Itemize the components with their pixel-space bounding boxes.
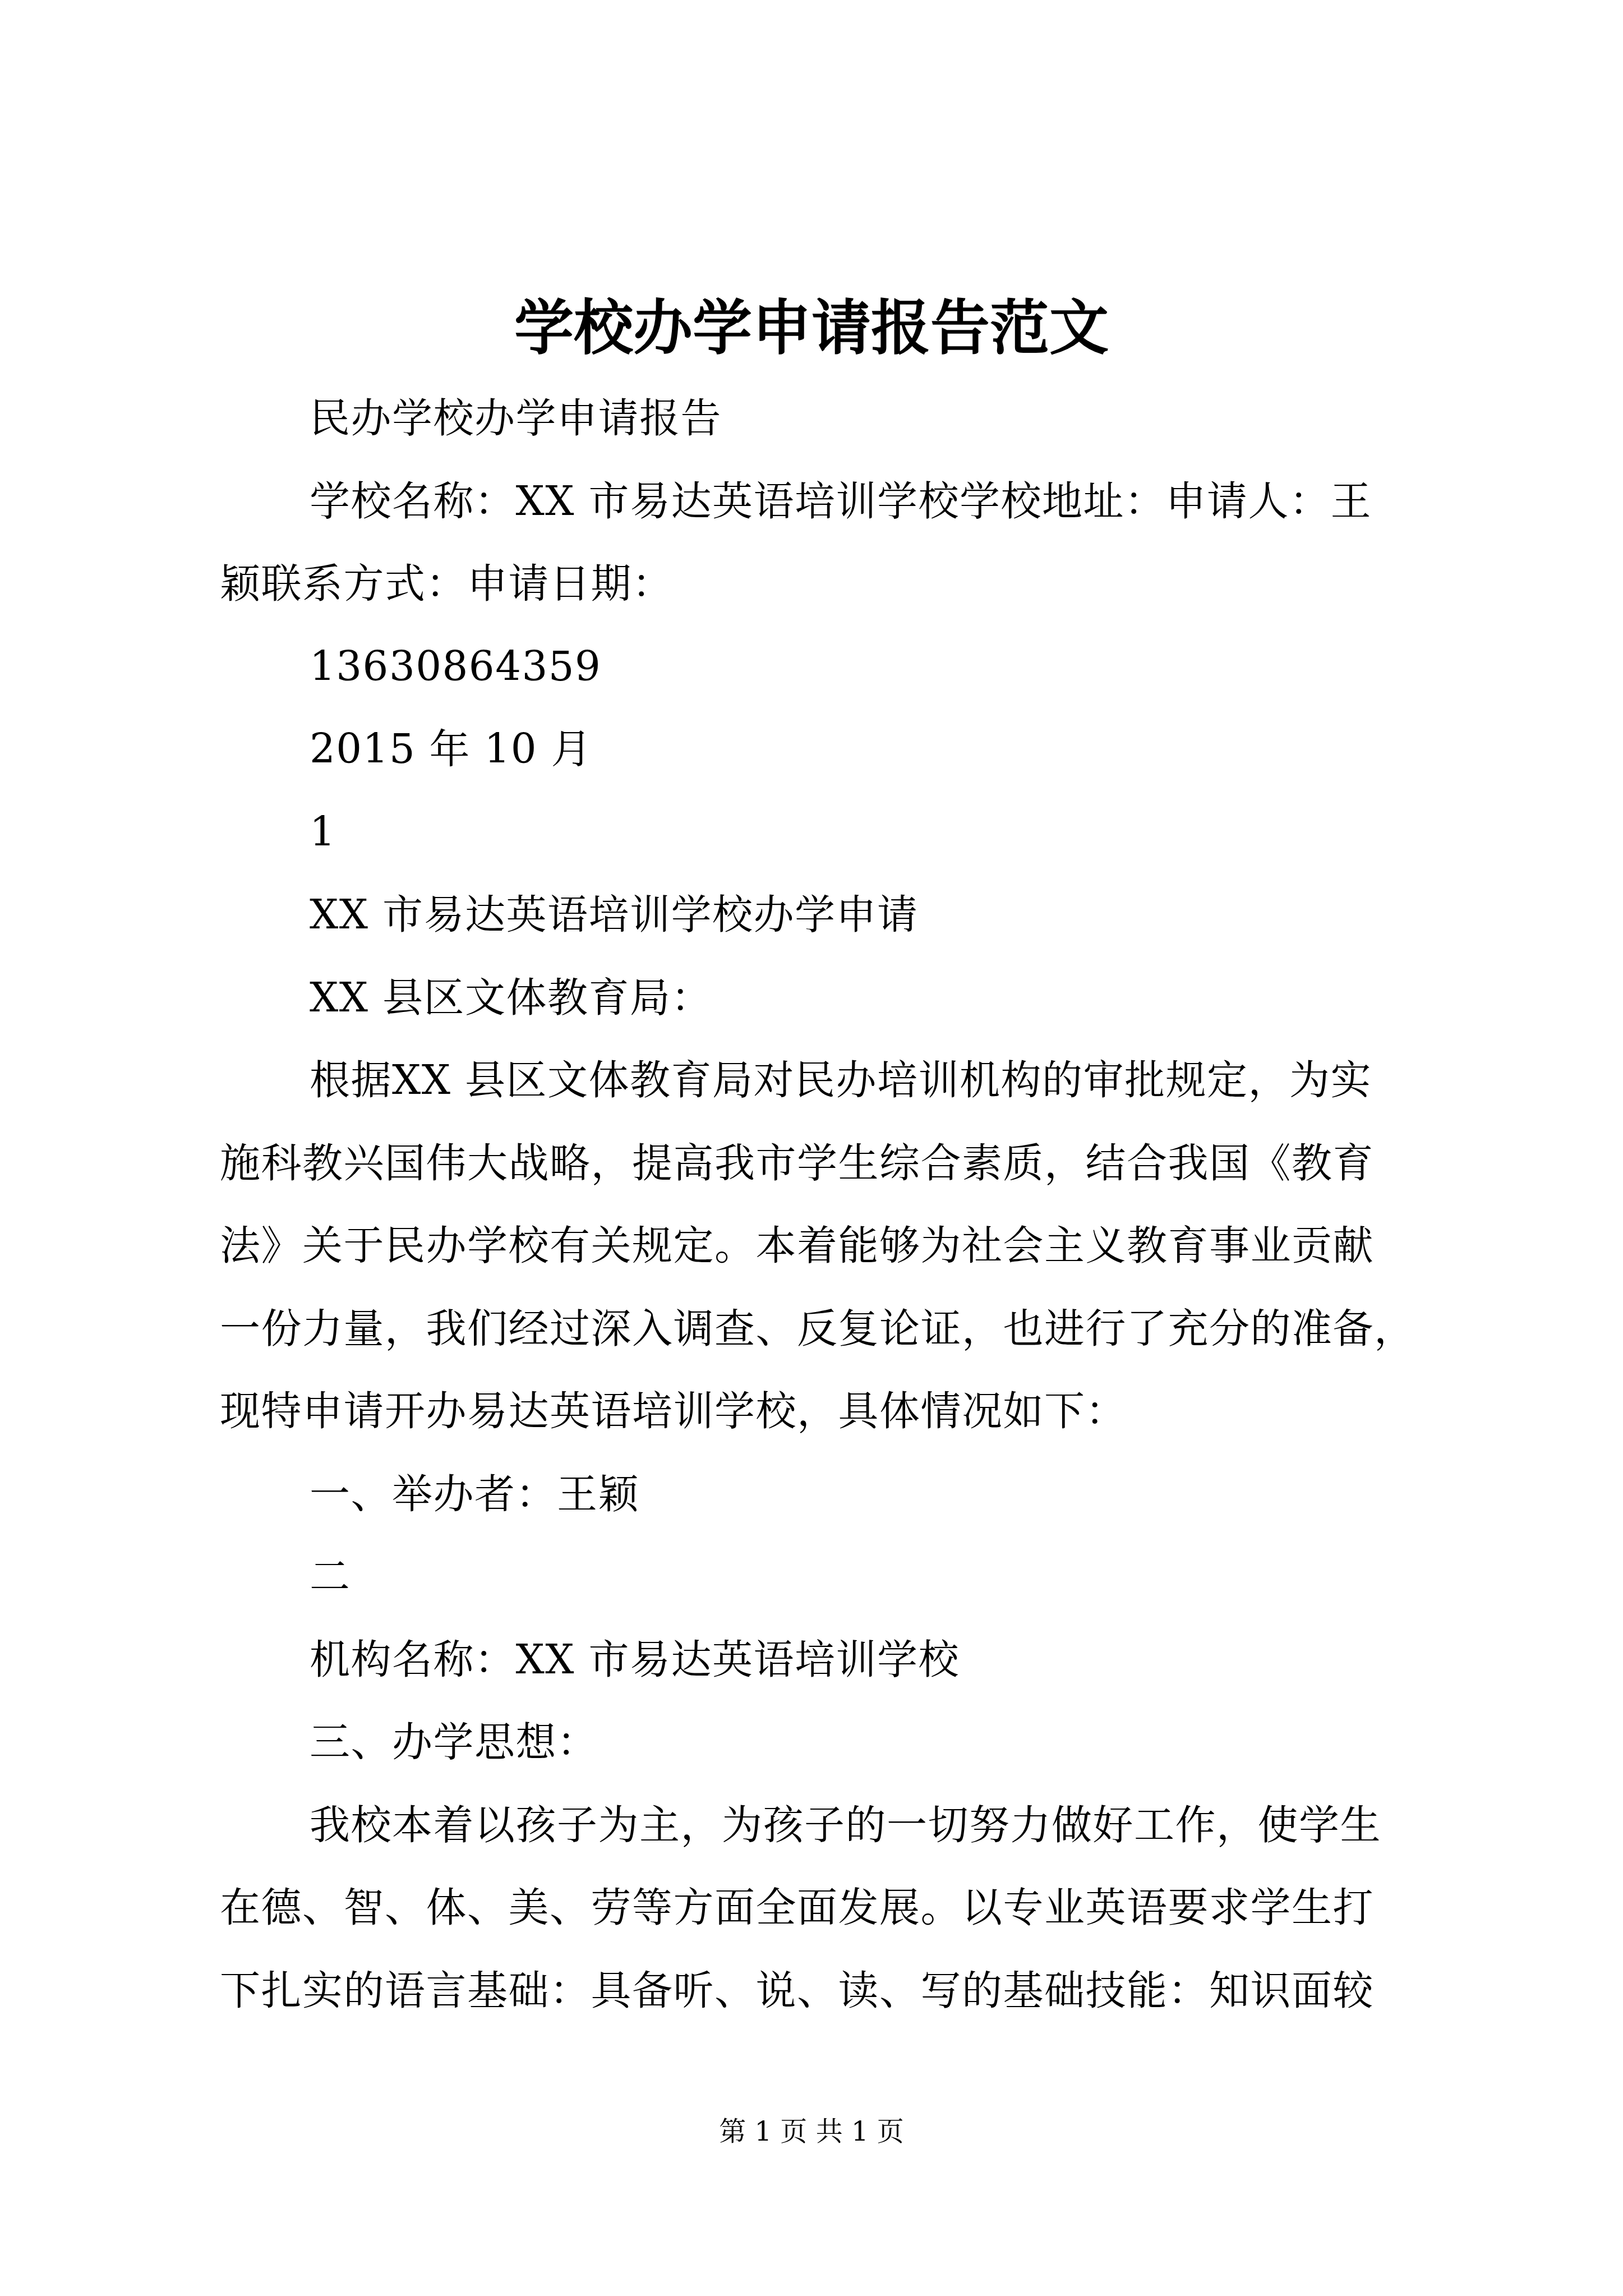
document-title: 学校办学申请报告范文 <box>0 292 1623 365</box>
paragraph-line: 现特申请开办易达英语培训学校，具体情况如下： <box>220 1370 1420 1453</box>
section-2-marker: 二 <box>220 1535 1420 1618</box>
paragraph-line: 根据XX 县区文体教育局对民办培训机构的审批规定，为实 <box>220 1039 1420 1122</box>
page-index: 1 <box>220 791 1420 874</box>
paragraph-line: 施科教兴国伟大战略，提高我市学生综合素质，结合我国《教育 <box>220 1122 1420 1205</box>
intro-paragraph: 根据XX 县区文体教育局对民办培训机构的审批规定，为实 施科教兴国伟大战略，提高… <box>220 1039 1420 1453</box>
paragraph-line: 我校本着以孩子为主，为孩子的一切努力做好工作，使学生 <box>220 1784 1420 1867</box>
application-heading: XX 市易达英语培训学校办学申请 <box>220 873 1420 956</box>
paragraph-line: 下扎实的语言基础：具备听、说、读、写的基础技能：知识面较 <box>220 1949 1420 2032</box>
page-footer: 第 1 页 共 1 页 <box>0 2115 1623 2148</box>
subtitle: 民办学校办学申请报告 <box>220 377 1420 460</box>
addressee: XX 县区文体教育局： <box>220 956 1420 1039</box>
application-date: 2015 年 10 月 <box>220 708 1420 791</box>
phone-number: 13630864359 <box>220 625 1420 708</box>
info-line-school-name: 学校名称：XX 市易达英语培训学校学校地址：申请人：王 <box>220 460 1420 543</box>
paragraph-line: 一份力量，我们经过深入调查、反复论证，也进行了充分的准备， <box>220 1287 1420 1370</box>
institution-name: 机构名称：XX 市易达英语培训学校 <box>220 1618 1420 1701</box>
philosophy-paragraph: 我校本着以孩子为主，为孩子的一切努力做好工作，使学生 在德、智、体、美、劳等方面… <box>220 1784 1420 2032</box>
document-page: 学校办学申请报告范文 民办学校办学申请报告 学校名称：XX 市易达英语培训学校学… <box>0 0 1623 2296</box>
info-line-contact: 颖联系方式：申请日期： <box>220 542 1420 625</box>
document-body: 民办学校办学申请报告 学校名称：XX 市易达英语培训学校学校地址：申请人：王 颖… <box>220 377 1420 2032</box>
paragraph-line: 法》关于民办学校有关规定。本着能够为社会主义教育事业贡献 <box>220 1204 1420 1287</box>
section-philosophy-heading: 三、办学思想： <box>220 1701 1420 1784</box>
section-founder: 一、举办者：王颖 <box>220 1453 1420 1536</box>
paragraph-line: 在德、智、体、美、劳等方面全面发展。以专业英语要求学生打 <box>220 1866 1420 1949</box>
